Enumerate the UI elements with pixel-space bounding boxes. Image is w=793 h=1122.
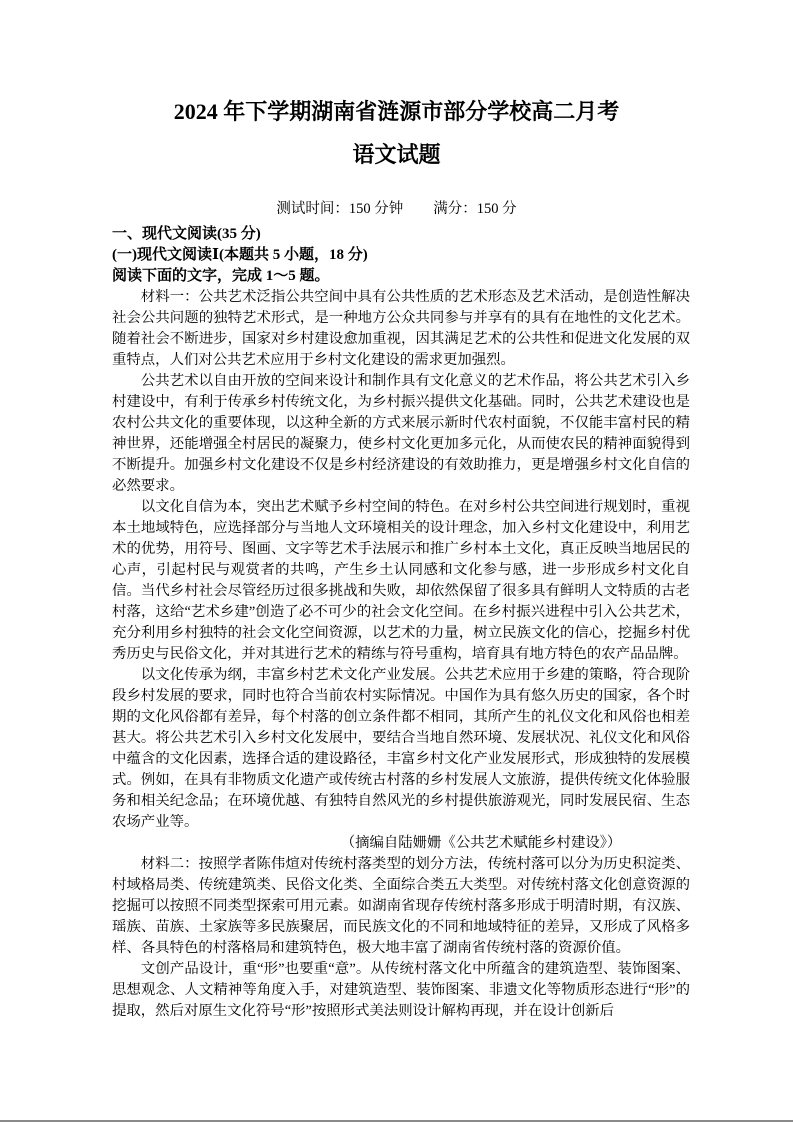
material-two-paragraph-2: 文创产品设计，重“形”也要重“意”。从传统村落文化中所蕴含的建筑造型、装饰图案、… <box>112 959 690 1022</box>
material-one-paragraph-2: 公共艺术以自由开放的空间来设计和制作具有文化意义的艺术作品，将公共艺术引入乡村建… <box>112 371 690 497</box>
reading-instruction: 阅读下面的文字，完成 1～5 题。 <box>112 266 690 287</box>
material-one-paragraph-4: 以文化传承为纲，丰富乡村艺术文化产业发展。公共艺术应用于乡建的策略，符合现阶段乡… <box>112 665 690 833</box>
section-heading-modern-reading: 一、现代文阅读(35 分) <box>112 224 690 245</box>
document-subtitle: 语文试题 <box>0 141 793 169</box>
document-title: 2024 年下学期湖南省涟源市部分学校高二月考 <box>0 0 793 127</box>
exam-duration: 测试时间：150 分钟 <box>276 200 403 218</box>
material-one-paragraph-1: 材料一：公共艺术泛指公共空间中具有公共性质的艺术形态及艺术活动，是创造性解决社会… <box>112 287 690 371</box>
material-one-paragraph-3: 以文化自信为本，突出艺术赋予乡村空间的特色。在对乡村公共空间进行规划时，重视本土… <box>112 497 690 665</box>
exam-document-page: 2024 年下学期湖南省涟源市部分学校高二月考 语文试题 测试时间：150 分钟… <box>0 0 793 1122</box>
document-body: 一、现代文阅读(35 分) (一)现代文阅读Ⅰ(本题共 5 小题，18 分) 阅… <box>112 224 690 1022</box>
material-two-paragraph-1: 材料二：按照学者陈伟煊对传统村落类型的划分方法，传统村落可以分为历史积淀类、村域… <box>112 854 690 959</box>
material-one-citation: （摘编自陆姗姗《公共艺术赋能乡村建设》） <box>112 833 690 854</box>
subsection-heading-reading-one: (一)现代文阅读Ⅰ(本题共 5 小题，18 分) <box>112 245 690 266</box>
exam-total-score: 满分：150 分 <box>433 200 516 218</box>
exam-meta: 测试时间：150 分钟 满分：150 分 <box>0 200 793 218</box>
